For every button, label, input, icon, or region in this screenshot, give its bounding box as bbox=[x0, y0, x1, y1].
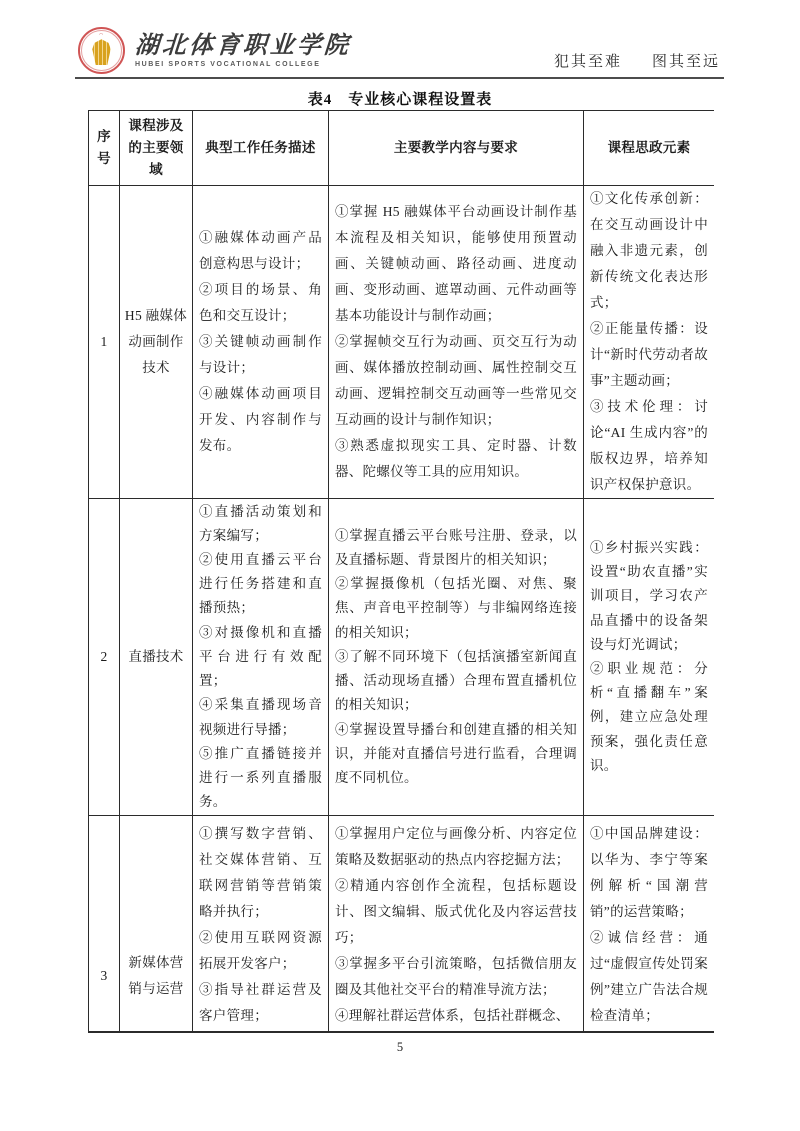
column-header-tasks: 典型工作任务描述 bbox=[193, 111, 329, 186]
header-divider bbox=[75, 77, 724, 79]
row-content: ①掌握用户定位与画像分析、内容定位策略及数据驱动的热点内容挖掘方法；②精通内容创… bbox=[329, 816, 584, 1034]
document-page: ◠ 湖北体育职业学院 HUBEI SPORTS VOCATIONAL COLLE… bbox=[0, 0, 800, 1131]
table-row: 3 新媒体营销与运营 ①撰写数字营销、社交媒体营销、互联网营销等营销策略并执行；… bbox=[89, 816, 715, 1034]
course-table-container: 序号 课程涉及的主要领域 典型工作任务描述 主要教学内容与要求 课程思政元素 1… bbox=[88, 110, 714, 1033]
motto-left: 犯其至难 bbox=[554, 54, 622, 70]
row-area: 直播技术 bbox=[120, 499, 193, 816]
column-header-ideology: 课程思政元素 bbox=[584, 111, 715, 186]
college-name-english: HUBEI SPORTS VOCATIONAL COLLEGE bbox=[135, 61, 351, 68]
course-table: 序号 课程涉及的主要领域 典型工作任务描述 主要教学内容与要求 课程思政元素 1… bbox=[88, 110, 714, 1033]
row-content: ①掌握直播云平台账号注册、登录，以及直播标题、背景图片的相关知识；②掌握摄像机（… bbox=[329, 499, 584, 816]
page-number: 5 bbox=[0, 1040, 800, 1055]
row-tasks: ①直播活动策划和方案编写；②使用直播云平台进行任务搭建和直播预热；③对摄像机和直… bbox=[193, 499, 329, 816]
college-name-chinese: 湖北体育职业学院 bbox=[134, 33, 352, 59]
table-title: 表4 专业核心课程设置表 bbox=[75, 88, 725, 109]
page-header: ◠ 湖北体育职业学院 HUBEI SPORTS VOCATIONAL COLLE… bbox=[0, 0, 800, 80]
row-number: 1 bbox=[89, 186, 120, 499]
table-row: 1 H5 融媒体动画制作技术 ①融媒体动画产品创意构思与设计；②项目的场景、角色… bbox=[89, 186, 715, 499]
row-ideology: ①文化传承创新：在交互动画设计中融入非遗元素，创新传统文化表达形式；②正能量传播… bbox=[584, 186, 715, 499]
seal-arc-decoration: ◠ bbox=[82, 33, 121, 38]
column-header-area: 课程涉及的主要领域 bbox=[120, 111, 193, 186]
row-ideology: ①乡村振兴实践：设置“助农直播”实训项目，学习农产品直播中的设备架设与灯光调试；… bbox=[584, 499, 715, 816]
header-motto: 犯其至难图其至远 bbox=[554, 50, 720, 71]
row-content: ①掌握 H5 融媒体平台动画设计制作基本流程及相关知识，能够使用预置动画、关键帧… bbox=[329, 186, 584, 499]
row-number: 3 bbox=[89, 816, 120, 1034]
row-ideology: ①中国品牌建设：以华为、李宁等案例解析“国潮营销”的运营策略；②诚信经营：通过“… bbox=[584, 816, 715, 1034]
table-row: 2 直播技术 ①直播活动策划和方案编写；②使用直播云平台进行任务搭建和直播预热；… bbox=[89, 499, 715, 816]
college-logo: ◠ 湖北体育职业学院 HUBEI SPORTS VOCATIONAL COLLE… bbox=[78, 27, 351, 74]
logo-text: 湖北体育职业学院 HUBEI SPORTS VOCATIONAL COLLEGE bbox=[135, 33, 351, 68]
row-area: H5 融媒体动画制作技术 bbox=[120, 186, 193, 499]
row-number: 2 bbox=[89, 499, 120, 816]
table-header-row: 序号 课程涉及的主要领域 典型工作任务描述 主要教学内容与要求 课程思政元素 bbox=[89, 111, 715, 186]
college-seal-icon: ◠ bbox=[78, 27, 125, 74]
column-header-no: 序号 bbox=[89, 111, 120, 186]
motto-right: 图其至远 bbox=[652, 54, 720, 70]
column-header-content: 主要教学内容与要求 bbox=[329, 111, 584, 186]
row-tasks: ①撰写数字营销、社交媒体营销、互联网营销等营销策略并执行；②使用互联网资源拓展开… bbox=[193, 816, 329, 1034]
row-area: 新媒体营销与运营 bbox=[120, 816, 193, 1034]
row-tasks: ①融媒体动画产品创意构思与设计；②项目的场景、角色和交互设计；③关键帧动画制作与… bbox=[193, 186, 329, 499]
